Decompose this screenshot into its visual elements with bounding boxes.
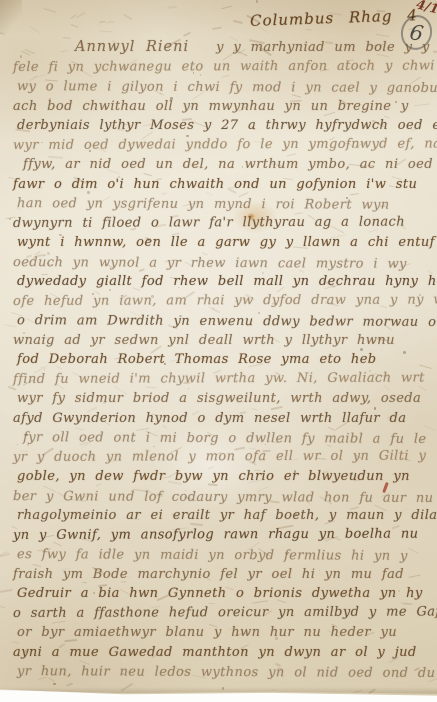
handwriting-line: fraish ym Bode marchynio fel yr oel hi y… bbox=[0, 565, 437, 585]
handwriting-line: Gedruir a bia hwn Gynneth o brionis dywe… bbox=[0, 584, 437, 604]
handwriting-line: or byr amiaethwyr blanu y hwn hur nu hed… bbox=[0, 623, 437, 643]
handwriting-line: ayni a mue Gawedad manthton yn dwyn ar o… bbox=[0, 643, 437, 663]
handwriting-line: derbyniais lythyr Moses y 27 a thrwy hyf… bbox=[0, 116, 437, 136]
handwriting-line: fod Deborah Robert Thomas Rose yma eto h… bbox=[0, 350, 437, 370]
letter-body: Annwyl Rieniy y marhyniad um bole y y a … bbox=[0, 38, 437, 682]
handwriting-line: rhagolymeinio ar ei erailt yr haf boeth,… bbox=[0, 506, 437, 526]
handwriting-line: ach bod chwithau oll yn mwynhau yn un br… bbox=[0, 97, 437, 117]
handwriting-line: o sarth a ffasthone hefud oreicur yn ami… bbox=[0, 602, 437, 623]
handwriting-line: ber y Gwni und lof codaury ymry wlad hon… bbox=[0, 487, 437, 508]
handwriting-line: wyr fy sidmur briod a sisgweilunt, wrth … bbox=[0, 389, 437, 409]
handwriting-line: yr hun, huir neu ledos wythnos yn ol nid… bbox=[0, 662, 437, 683]
salutation: Annwyl Rieni bbox=[75, 39, 189, 55]
handwriting-line: es fwy fa idle yn maidi yn orbyd fermliu… bbox=[0, 545, 437, 566]
handwriting-line: afyd Gwynderion hynod o dym nesel wrth l… bbox=[0, 409, 437, 429]
handwriting-line: ffyw, ar nid oed un del, na wrthum ymbo,… bbox=[0, 155, 437, 175]
handwriting-line: wnaig ad yr sedwn ynl deall wrth y llyth… bbox=[0, 331, 437, 351]
opening-fragment: y y marhyniad um bole y y a bbox=[216, 40, 437, 55]
handwriting-line: o drim am Dwrdith yn enwenu ddwy bedwr m… bbox=[0, 311, 437, 332]
handwriting-line: ffind fu wneid i'm chywil wrtha yw. Ni, … bbox=[0, 368, 437, 389]
handwriting-line: yr y duoch yn mlenol y mon ofa ell wr ol… bbox=[0, 446, 437, 467]
handwriting-line: wyr mid oed dywedai ynddo fo le yn ymgof… bbox=[0, 134, 437, 155]
handwriting-line: ofe hefud yn iawn, am rhai yw dyfod draw… bbox=[0, 290, 437, 311]
handwriting-line: goble, yn dew fwdr byw yn chrio er blwye… bbox=[0, 467, 437, 487]
handwriting-line: dywedady giallt fod rhew bell mall yn de… bbox=[0, 272, 437, 292]
handwriting-line: dwynyrn ti filoed o lawr fa'r llythyrau … bbox=[0, 212, 437, 233]
handwriting-line: Annwyl Rieniy y marhyniad um bole y y a bbox=[0, 38, 437, 58]
handwriting-line: fawr o dim o'i hun chwaith ond un gofyni… bbox=[0, 175, 437, 195]
handwriting-line: wynt i hwnnw, oen lle a garw gy y llawn … bbox=[0, 233, 437, 253]
handwriting-line: yn y Gwnif, ym ansofyrlog rawn rhagu yn … bbox=[0, 524, 437, 545]
handwriting-line: wy o lume i gilyon i chwi fy mod i yn ca… bbox=[0, 77, 437, 98]
scanned-letter-screenshot: { "letter": { "dateline": "Columbus Rhag… bbox=[0, 0, 437, 702]
handwriting-line: fele fi yn ychwanegu eto un waith anfon … bbox=[0, 56, 437, 77]
handwriting-line: oeduch yn wynol a yr rhew iawn cael myst… bbox=[0, 253, 437, 274]
